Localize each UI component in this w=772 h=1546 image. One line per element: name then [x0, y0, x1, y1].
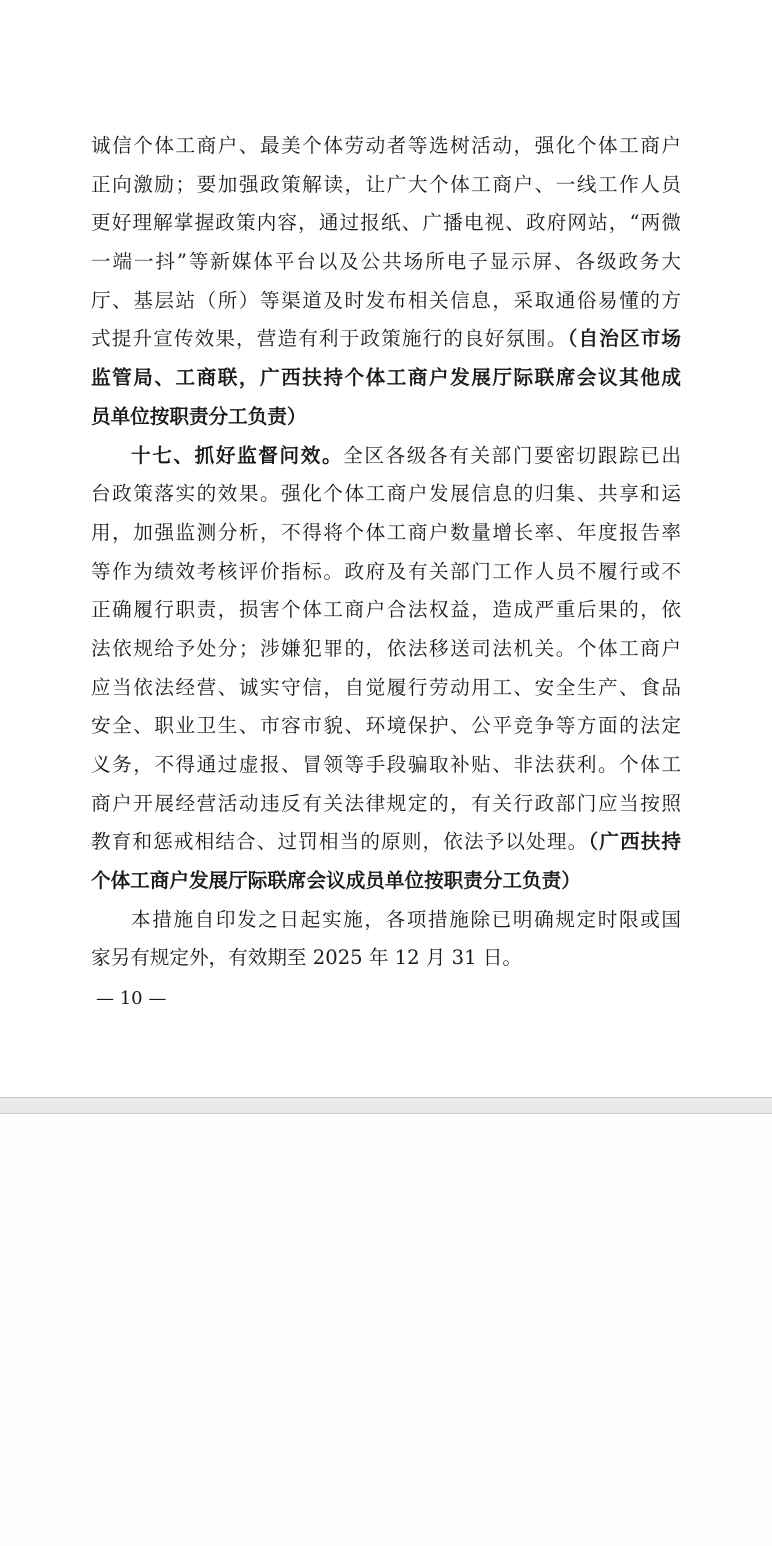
text-line: 一端一抖”等新媒体平台以及公共场所电子显示屏、各级政务大	[91, 243, 681, 282]
paragraph-supervision: 十七、抓好监督问效。全区各级各有关部门要密切跟踪已出 台政策落实的效果。强化个体…	[91, 437, 681, 901]
text-segment: 用，加强监测分析，不得将个体工商户数量增长率、年度报告率	[91, 521, 681, 544]
text-line: 本措施自印发之日起实施，各项措施除已明确规定时限或国	[91, 901, 681, 940]
responsibility-note: 个体工商户发展厅际联席会议成员单位按职责分工负责）	[91, 869, 581, 892]
paragraph-publicity: 诚信个体工商户、最美个体劳动者等选树活动，强化个体工商户 正向激励；要加强政策解…	[91, 127, 681, 437]
responsibility-note: 员单位按职责分工负责）	[91, 405, 307, 428]
page-number: — 10 —	[96, 987, 166, 1011]
text-segment: 法依规给予处分；涉嫌犯罪的，依法移送司法机关。个体工商户	[91, 637, 681, 660]
text-line: 安全、职业卫生、市容市貌、环境保护、公平竞争等方面的法定	[91, 707, 681, 746]
text-segment: 等作为绩效考核评价指标。政府及有关部门工作人员不履行或不	[91, 560, 681, 583]
text-line: 法依规给予处分；涉嫌犯罪的，依法移送司法机关。个体工商户	[91, 630, 681, 669]
text-line: 义务，不得通过虚报、冒领等手段骗取补贴、非法获利。个体工	[91, 746, 681, 785]
text-segment: 厅、基层站（所）等渠道及时发布相关信息，采取通俗易懂的方	[91, 289, 681, 312]
text-segment: 教育和惩戒相结合、过罚相当的原则，依法予以处理。	[91, 830, 588, 853]
document-body: 诚信个体工商户、最美个体劳动者等选树活动，强化个体工商户 正向激励；要加强政策解…	[91, 127, 681, 978]
text-line: 教育和惩戒相结合、过罚相当的原则，依法予以处理。（广西扶持	[91, 823, 681, 862]
text-segment: 家另有规定外，有效期至 2025 年 12 月 31 日。	[91, 946, 522, 969]
text-line: 等作为绩效考核评价指标。政府及有关部门工作人员不履行或不	[91, 553, 681, 592]
responsibility-note: （自治区市场	[568, 327, 681, 350]
text-line: 家另有规定外，有效期至 2025 年 12 月 31 日。	[91, 939, 681, 978]
next-page-blank	[0, 1114, 772, 1546]
text-line: 更好理解掌握政策内容，通过报纸、广播电视、政府网站，“两微	[91, 204, 681, 243]
text-segment: 本措施自印发之日起实施，各项措施除已明确规定时限或国	[131, 908, 681, 931]
section-heading: 十七、抓好监督问效。	[131, 444, 343, 467]
text-segment: 台政策落实的效果。强化个体工商户发展信息的归集、共享和运	[91, 482, 681, 505]
text-line: 个体工商户发展厅际联席会议成员单位按职责分工负责）	[91, 862, 681, 901]
text-line: 监管局、工商联，广西扶持个体工商户发展厅际联席会议其他成	[91, 359, 681, 398]
text-line: 员单位按职责分工负责）	[91, 398, 681, 437]
page-separator	[0, 1097, 772, 1114]
text-line: 式提升宣传效果，营造有利于政策施行的良好氛围。（自治区市场	[91, 320, 681, 359]
text-segment: 义务，不得通过虚报、冒领等手段骗取补贴、非法获利。个体工	[91, 753, 681, 776]
text-line: 诚信个体工商户、最美个体劳动者等选树活动，强化个体工商户	[91, 127, 681, 166]
text-segment: 式提升宣传效果，营造有利于政策施行的良好氛围。	[91, 327, 568, 350]
paragraph-effective-date: 本措施自印发之日起实施，各项措施除已明确规定时限或国 家另有规定外，有效期至 2…	[91, 901, 681, 978]
responsibility-note: （广西扶持	[588, 830, 681, 853]
text-segment: 诚信个体工商户、最美个体劳动者等选树活动，强化个体工商户	[91, 134, 681, 157]
text-segment: 全区各级各有关部门要密切跟踪已出	[343, 444, 681, 467]
text-line: 商户开展经营活动违反有关法律规定的，有关行政部门应当按照	[91, 785, 681, 824]
text-line: 十七、抓好监督问效。全区各级各有关部门要密切跟踪已出	[91, 437, 681, 476]
text-line: 用，加强监测分析，不得将个体工商户数量增长率、年度报告率	[91, 514, 681, 553]
text-line: 正确履行职责，损害个体工商户合法权益，造成严重后果的，依	[91, 591, 681, 630]
text-segment: 应当依法经营、诚实守信，自觉履行劳动用工、安全生产、食品	[91, 676, 681, 699]
text-line: 应当依法经营、诚实守信，自觉履行劳动用工、安全生产、食品	[91, 669, 681, 708]
responsibility-note: 监管局、工商联，广西扶持个体工商户发展厅际联席会议其他成	[91, 366, 681, 389]
text-segment: 更好理解掌握政策内容，通过报纸、广播电视、政府网站，“两微	[91, 211, 681, 234]
text-line: 厅、基层站（所）等渠道及时发布相关信息，采取通俗易懂的方	[91, 282, 681, 321]
document-page: 诚信个体工商户、最美个体劳动者等选树活动，强化个体工商户 正向激励；要加强政策解…	[0, 0, 772, 1097]
text-segment: 正确履行职责，损害个体工商户合法权益，造成严重后果的，依	[91, 598, 681, 621]
text-line: 正向激励；要加强政策解读，让广大个体工商户、一线工作人员	[91, 166, 681, 205]
text-segment: 商户开展经营活动违反有关法律规定的，有关行政部门应当按照	[91, 792, 681, 815]
text-segment: 一端一抖”等新媒体平台以及公共场所电子显示屏、各级政务大	[91, 250, 681, 273]
text-line: 台政策落实的效果。强化个体工商户发展信息的归集、共享和运	[91, 475, 681, 514]
text-segment: 正向激励；要加强政策解读，让广大个体工商户、一线工作人员	[91, 173, 681, 196]
text-segment: 安全、职业卫生、市容市貌、环境保护、公平竞争等方面的法定	[91, 714, 681, 737]
